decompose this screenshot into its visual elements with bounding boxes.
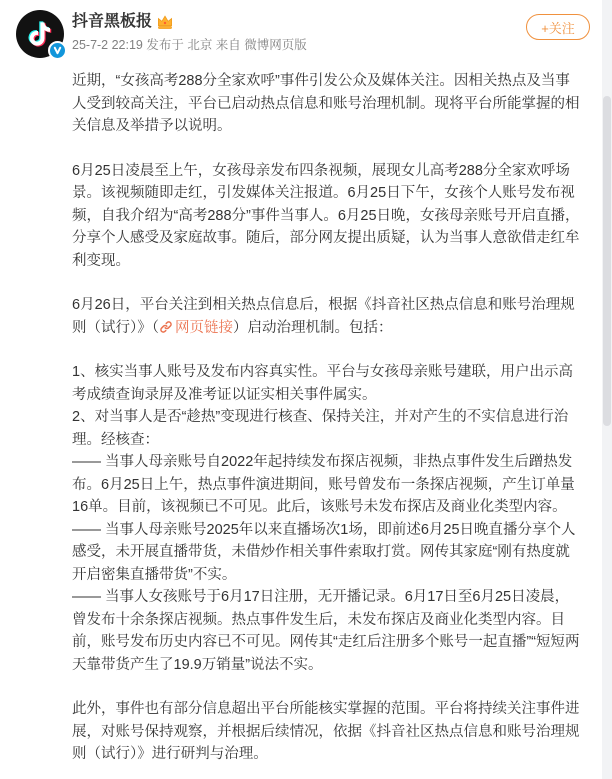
paragraph-text: ）启动治理机制。包括： [233, 320, 393, 336]
post-list-item: —— 当事人母亲账号自2022年起持续发布探店视频，非热点事件发生后蹭热发布。6… [72, 451, 582, 519]
post-list-item: 2、对当事人是否“趁热”变现进行核查、保持关注，并对产生的不实信息进行治理。经核… [72, 406, 582, 451]
post-header: 抖音黑板报 25-7-2 22:19 发布于 北京 来自 微博网页版 +关注 [0, 0, 612, 58]
post-meta: 25-7-2 22:19 发布于 北京 来自 微博网页版 [72, 38, 307, 53]
post-body: 近期，“女孩高考288分全家欢呼”事件引发公众及媒体关注。因相关热点及当事人受到… [72, 70, 582, 766]
post-list-item: 1、核实当事人账号及发布内容真实性。平台与女孩母亲账号建联，用户出示高考成绩查询… [72, 361, 582, 406]
user-info: 抖音黑板报 25-7-2 22:19 发布于 北京 来自 微博网页版 [72, 12, 307, 53]
weibo-post-card: 抖音黑板报 25-7-2 22:19 发布于 北京 来自 微博网页版 +关注 近… [0, 0, 612, 779]
post-findings-list: 1、核实当事人账号及发布内容真实性。平台与女孩母亲账号建联，用户出示高考成绩查询… [72, 361, 582, 676]
post-paragraph: 6月26日，平台关注到相关热点信息后，根据《抖音社区热点信息和账号治理规则（试行… [72, 294, 582, 339]
scrollbar-thumb[interactable] [603, 96, 611, 426]
webpage-link-label: 网页链接 [175, 320, 233, 336]
post-paragraph: 6月25日凌晨至上午，女孩母亲发布四条视频，展现女儿高考288分全家欢呼场景。该… [72, 160, 582, 273]
post-paragraph: 此外，事件也有部分信息超出平台所能核实掌握的范围。平台将持续关注事件进展，对账号… [72, 698, 582, 766]
verified-badge-icon [48, 41, 67, 60]
post-list-item: —— 当事人母亲账号2025年以来直播场次1场，即前述6月25日晚直播分享个人感… [72, 519, 582, 587]
username[interactable]: 抖音黑板报 [72, 12, 152, 32]
post-list-item: —— 当事人女孩账号于6月17日注册，无开播记录。6月17日至6月25日凌晨，曾… [72, 586, 582, 676]
link-icon [159, 320, 173, 334]
scrollbar-track [602, 0, 612, 779]
webpage-link[interactable]: 网页链接 [159, 320, 233, 336]
follow-button[interactable]: +关注 [526, 14, 590, 40]
vip-crown-icon [157, 14, 173, 30]
post-paragraph: 近期，“女孩高考288分全家欢呼”事件引发公众及媒体关注。因相关热点及当事人受到… [72, 70, 582, 138]
